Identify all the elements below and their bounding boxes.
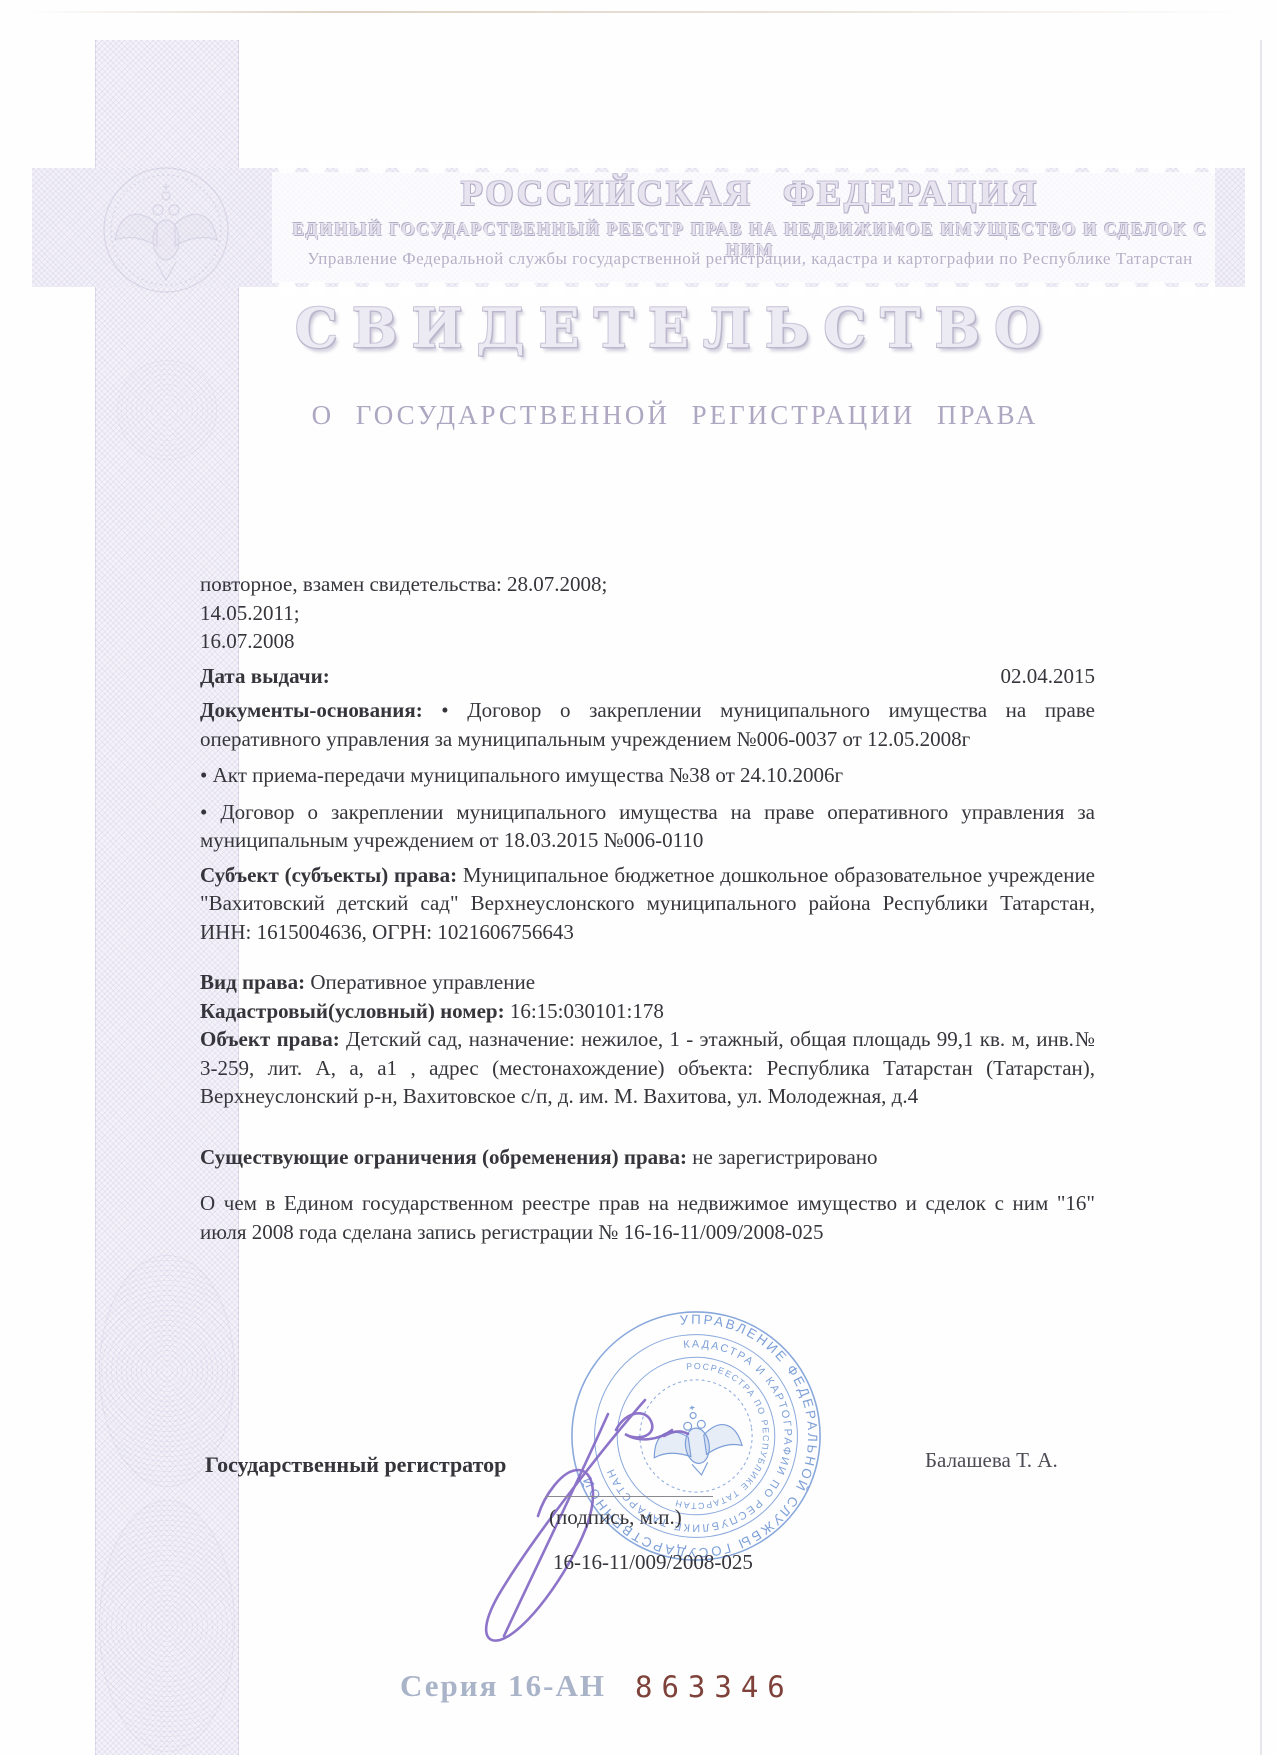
registrar-label: Государственный регистратор [205, 1452, 506, 1478]
registrar-name: Балашева Т. А. [925, 1448, 1058, 1473]
certificate-subtitle: О ГОСУДАРСТВЕННОЙ РЕГИСТРАЦИИ ПРАВА [160, 400, 1190, 431]
signature-caption: (подпись, м.п.) [549, 1505, 682, 1530]
guilloche-rosette [99, 1500, 235, 1752]
certificate-title: СВИДЕТЕЛЬСТВО [160, 296, 1190, 360]
basis-label: Документы-основания: [200, 698, 423, 722]
certificate-page: РОССИЙСКАЯ ФЕДЕРАЦИЯ ЕДИНЫЙ ГОСУДАРСТВЕН… [0, 0, 1276, 1755]
certificate-body: повторное, взамен свидетельства: 28.07.2… [200, 570, 1095, 1246]
reissue-line-2: 14.05.2011; [200, 601, 300, 625]
object-paragraph: Объект права: Детский сад, назначение: н… [200, 1025, 1095, 1111]
scan-artifact-right-line [1260, 40, 1262, 1755]
restrictions-label: Существующие ограничения (обременения) п… [200, 1145, 687, 1169]
basis-paragraph: Документы-основания: • Договор о закрепл… [200, 696, 1095, 753]
series-number: 863346 [635, 1670, 794, 1704]
object-label: Объект права: [200, 1027, 340, 1051]
cadastral-row: Кадастровый(условный) номер: 16:15:03010… [200, 997, 1095, 1026]
issue-date-label: Дата выдачи: [200, 662, 330, 691]
registration-number: 16-16-11/009/2008-025 [553, 1550, 753, 1575]
right-type-row: Вид права: Оперативное управление [200, 968, 1095, 997]
restrictions-paragraph: Существующие ограничения (обременения) п… [200, 1143, 1095, 1172]
header-authority: Управление Федеральной службы государств… [290, 249, 1210, 269]
issue-date-row: Дата выдачи: 02.04.2015 [200, 662, 1095, 691]
reissue-line-1: повторное, взамен свидетельства: 28.07.2… [200, 572, 607, 596]
right-type-label: Вид права: [200, 970, 305, 994]
cadastral-label: Кадастровый(условный) номер: [200, 999, 505, 1023]
basis-item-3: • Договор о закреплении муниципального и… [200, 798, 1095, 855]
right-type-value: Оперативное управление [310, 970, 535, 994]
double-eagle-watermark-icon [99, 148, 233, 312]
subject-label: Субъект (субъекты) права: [200, 863, 457, 887]
reissue-line-3: 16.07.2008 [200, 629, 295, 653]
record-paragraph: О чем в Едином государственном реестре п… [200, 1189, 1095, 1246]
restrictions-value: не зарегистрировано [692, 1145, 877, 1169]
series-label: Серия 16-АН [400, 1668, 606, 1704]
issue-date-value: 02.04.2015 [1001, 662, 1096, 691]
basis-item-2: • Акт приема-передачи муниципального иму… [200, 761, 1095, 790]
cadastral-value: 16:15:030101:178 [510, 999, 664, 1023]
signature-line [545, 1496, 713, 1497]
reissue-note: повторное, взамен свидетельства: 28.07.2… [200, 570, 1095, 656]
header-country: РОССИЙСКАЯ ФЕДЕРАЦИЯ [290, 172, 1210, 214]
scan-artifact-top-line [28, 11, 1248, 13]
subject-paragraph: Субъект (субъекты) права: Муниципальное … [200, 861, 1095, 947]
